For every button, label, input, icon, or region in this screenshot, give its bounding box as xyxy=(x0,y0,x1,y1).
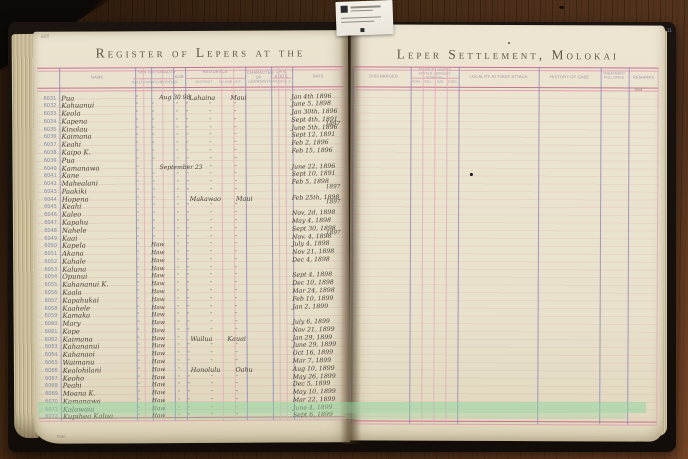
column-header-hospital: Adm. xyxy=(411,81,423,85)
column-header-locality: Locality at First Attack xyxy=(461,75,537,80)
page-speck xyxy=(508,42,510,44)
column-header-date: Date xyxy=(294,74,342,79)
column-header-name: Name xyxy=(59,75,135,80)
footer-note: Note. xyxy=(57,434,67,439)
column-header-residence: District xyxy=(187,81,221,85)
ditto-mark: " xyxy=(236,412,238,420)
register-title-right: Leper Settlement, Molokai xyxy=(351,46,665,63)
register-title-left: Register of Lepers at the xyxy=(43,44,358,62)
left-page: Register of Lepers at the 600 NameSexMal… xyxy=(33,30,350,444)
ditto-mark: " xyxy=(178,413,180,421)
header-group-line xyxy=(152,78,174,79)
row-date: Sept 6, 1899 xyxy=(293,411,333,420)
column-header-age: Age xyxy=(172,75,186,80)
column-line xyxy=(656,68,659,425)
ditto-mark: " xyxy=(188,412,190,420)
library-slip xyxy=(335,0,393,36)
right-column-lines xyxy=(351,24,665,25)
row-name: Kupihea Kalua xyxy=(63,413,113,422)
page-number: 11 xyxy=(667,28,672,34)
column-header-character: Character of Leprosy xyxy=(247,71,270,85)
pink-rule xyxy=(353,423,657,425)
column-header-hospital: Rel. xyxy=(423,81,435,85)
pink-rule xyxy=(355,69,659,71)
ditto-mark: " xyxy=(211,412,213,420)
column-header-hospital: Died xyxy=(447,81,459,85)
header-group-line xyxy=(133,78,152,79)
column-header-history: History of Case xyxy=(541,75,599,80)
column-header-discharged: Discharged xyxy=(359,74,409,79)
died-note: Died. xyxy=(635,88,643,92)
ledger-row: 6072Kupihea KaluaHawSept 6, 1899""""" xyxy=(35,412,350,422)
header-group-line xyxy=(270,77,292,78)
column-header-hospital: Dis. xyxy=(435,81,447,85)
photo-of-ledger: Register of Lepers at the 600 NameSexMal… xyxy=(0,0,688,459)
right-page: Leper Settlement, Molokai 11 DischargedT… xyxy=(349,24,665,441)
right-column-headers: DischargedTaken to United States Leprosy… xyxy=(351,24,665,25)
pencil-note: 600 xyxy=(41,33,50,40)
column-header-remarks: Remarks xyxy=(630,76,658,81)
row-ruling xyxy=(353,89,658,422)
book-gutter xyxy=(340,24,361,444)
ditto-mark: " xyxy=(138,413,140,421)
slip-dot xyxy=(360,28,364,32)
header-group-line xyxy=(411,78,459,79)
column-header-treatment: Treatment Followed xyxy=(601,72,628,80)
slip-barcode-block xyxy=(341,6,348,13)
wood-knot xyxy=(559,6,564,9)
row-nationality: Haw xyxy=(152,413,166,421)
row-number: 6072 xyxy=(37,413,58,421)
